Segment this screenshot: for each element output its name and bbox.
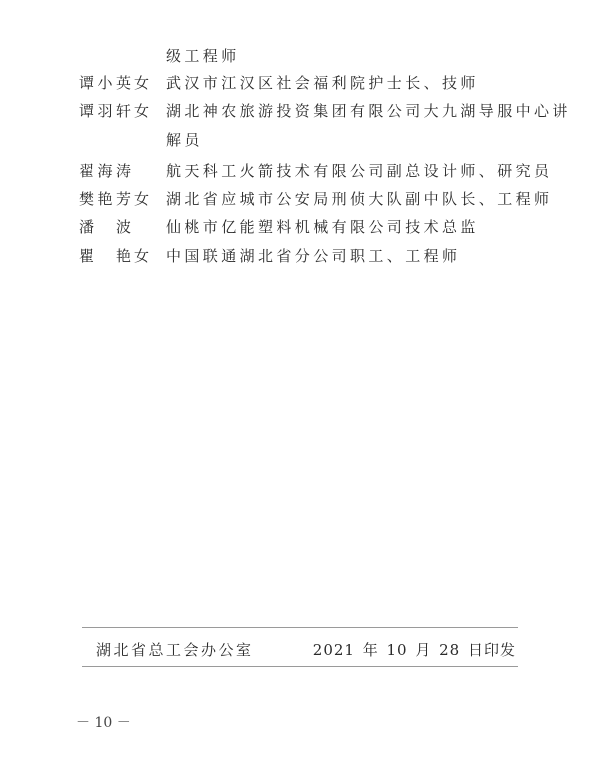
list-item: 樊艳芳 女 湖北省应城市公安局刑侦大队副中队长、工程师 — [0, 185, 600, 213]
person-gender: 女 — [134, 242, 154, 270]
list-item: 潘 波 仙桃市亿能塑料机械有限公司技术总监 — [0, 213, 600, 241]
person-description: 级工程师 — [166, 42, 240, 70]
page-number: － 10 － — [76, 712, 131, 734]
person-description: 航天科工火箭技术有限公司副总设计师、研究员 — [166, 157, 552, 185]
person-description: 解员 — [166, 126, 203, 154]
person-gender: 女 — [134, 97, 154, 125]
person-name: 樊艳芳 — [79, 185, 141, 213]
person-name: 瞿 艳 — [79, 242, 141, 270]
footer-issuer: 湖北省总工会办公室 — [96, 638, 254, 662]
list-item: 翟海涛 航天科工火箭技术有限公司副总设计师、研究员 — [0, 157, 600, 185]
person-description: 湖北神农旅游投资集团有限公司大九湖导服中心讲 — [166, 97, 571, 125]
person-name: 翟海涛 — [79, 157, 141, 185]
list-item: 谭羽轩 女 湖北神农旅游投资集团有限公司大九湖导服中心讲 — [0, 97, 600, 125]
person-name: 谭羽轩 — [79, 97, 141, 125]
list-item: 瞿 艳 女 中国联通湖北省分公司职工、工程师 — [0, 242, 600, 270]
person-gender: 女 — [134, 69, 154, 97]
person-description: 中国联通湖北省分公司职工、工程师 — [166, 242, 460, 270]
person-description: 仙桃市亿能塑料机械有限公司技术总监 — [166, 213, 479, 241]
person-description: 湖北省应城市公安局刑侦大队副中队长、工程师 — [166, 185, 552, 213]
person-name: 谭小英 — [79, 69, 141, 97]
list-item: 谭小英 女 武汉市江汉区社会福利院护士长、技师 — [0, 69, 600, 97]
footer-bottom-rule — [82, 666, 518, 667]
list-item: 解员 — [0, 126, 600, 154]
footer-date: 2021 年 10 月 28 日印发 — [313, 638, 516, 662]
person-name: 潘 波 — [79, 213, 141, 241]
list-item: 级工程师 — [0, 42, 600, 70]
footer-top-rule — [82, 627, 518, 628]
person-description: 武汉市江汉区社会福利院护士长、技师 — [166, 69, 479, 97]
person-gender: 女 — [134, 185, 154, 213]
